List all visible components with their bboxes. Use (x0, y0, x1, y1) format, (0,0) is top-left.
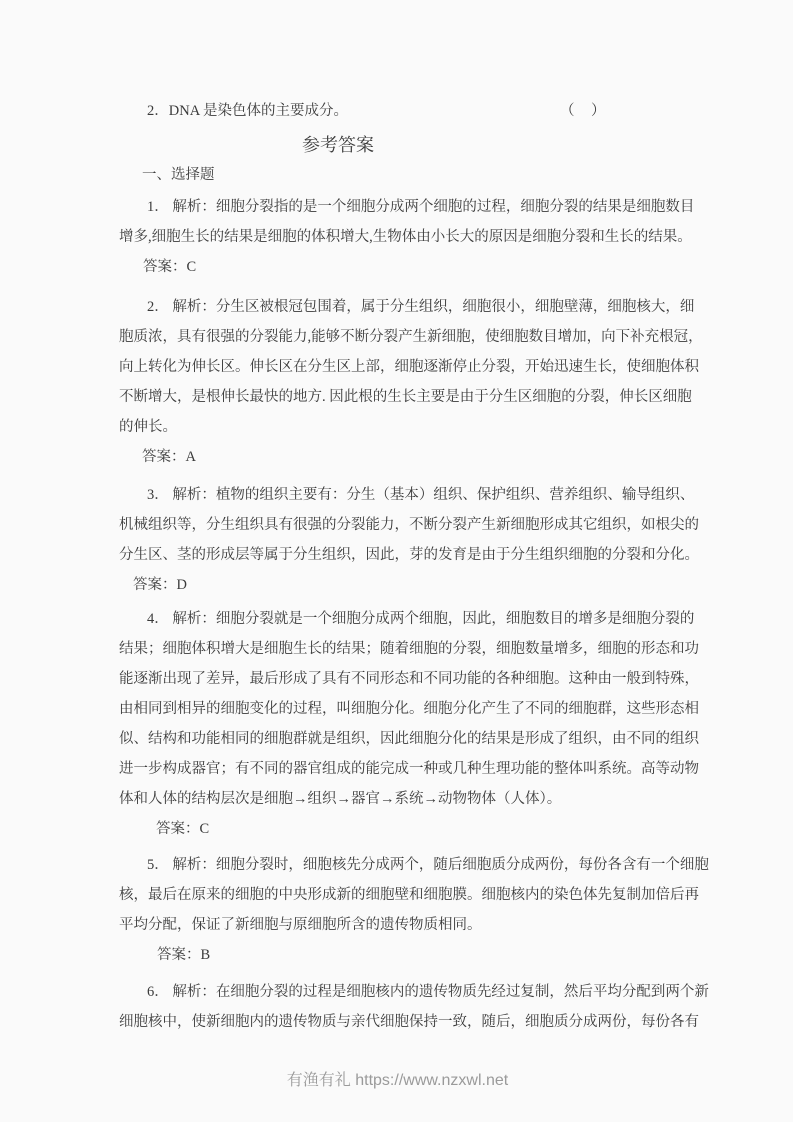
answer-label: 答案： (157, 947, 201, 963)
answer-item: 2． 解析：分生区被根冠包围着，属于分生组织，细胞很小，细胞壁薄，细胞核大，细胞… (119, 292, 676, 472)
analysis-line: 5． 解析：细胞分裂时，细胞核先分成两个，随后细胞质分成两份，每份各含有一个细胞 (119, 850, 676, 880)
section-heading: 一、选择题 (119, 160, 676, 190)
document-page: 2．DNA 是染色体的主要成分。 （ ） 参考答案 一、选择题 1． 解析：细胞… (0, 0, 793, 1122)
question-text: 2．DNA 是染色体的主要成分。 (147, 103, 348, 119)
analysis-line: 进一步构成器官；有不同的器官组成的能完成一种或几种生理功能的整体叫系统。高等动物 (119, 754, 676, 784)
answer-line: 答案：C (119, 252, 676, 282)
answer-item: 3． 解析：植物的组织主要有：分生（基本）组织、保护组织、营养组织、输导组织、机… (119, 480, 676, 600)
analysis-line: 4． 解析：细胞分裂就是一个细胞分成两个细胞，因此，细胞数目的增多是细胞分裂的 (119, 604, 676, 634)
analysis-line: 体和人体的结构层次是细胞→组织→器官→系统→动物物体（人体）。 (119, 784, 676, 814)
analysis-line: 不断增大，是根伸长最快的地方. 因此根的生长主要是由于分生区细胞的分裂，伸长区细… (119, 382, 676, 412)
answer-label: 答案： (133, 577, 177, 593)
answer-line: 答案：D (119, 570, 676, 600)
analysis-line: 向上转化为伸长区。伸长区在分生区上部，细胞逐渐停止分裂，开始迅速生长，使细胞体积 (119, 352, 676, 382)
answer-brackets: （ ） (560, 96, 607, 126)
answer-value: A (186, 449, 196, 465)
answer-value: B (201, 947, 211, 963)
answer-value: C (200, 821, 210, 837)
analysis-line: 平均分配，保证了新细胞与原细胞所含的遗传物质相同。 (119, 910, 676, 940)
footer-watermark: 有渔有礼 https://www.nzxwl.net (119, 1066, 676, 1096)
analysis-line: 核，最后在原来的细胞的中央形成新的细胞壁和细胞膜。细胞核内的染色体先复制加倍后再 (119, 880, 676, 910)
answer-label: 答案： (142, 449, 186, 465)
answer-line: 答案：C (119, 814, 676, 844)
analysis-line: 由相同到相异的细胞变化的过程，叫细胞分化。细胞分化产生了不同的细胞群，这些形态相 (119, 694, 676, 724)
answer-value: D (177, 577, 187, 593)
analysis-line: 3． 解析：植物的组织主要有：分生（基本）组织、保护组织、营养组织、输导组织、 (119, 480, 676, 510)
analysis-line: 分生区、茎的形成层等属于分生组织，因此，芽的发育是由于分生组织细胞的分裂和分化。 (119, 540, 676, 570)
analysis-line: 1． 解析：细胞分裂指的是一个细胞分成两个细胞的过程，细胞分裂的结果是细胞数目 (119, 192, 676, 222)
answer-item: 4． 解析：细胞分裂就是一个细胞分成两个细胞，因此，细胞数目的增多是细胞分裂的结… (119, 604, 676, 844)
document-content: 2．DNA 是染色体的主要成分。 （ ） 参考答案 一、选择题 1． 解析：细胞… (119, 0, 676, 1096)
analysis-line: 的伸长。 (119, 412, 676, 442)
answer-value: C (187, 259, 197, 275)
answer-line: 答案：B (119, 940, 676, 970)
analysis-line: 结果；细胞体积增大是细胞生长的结果；随着细胞的分裂，细胞数量增多，细胞的形态和功 (119, 634, 676, 664)
answer-item: 1． 解析：细胞分裂指的是一个细胞分成两个细胞的过程，细胞分裂的结果是细胞数目增… (119, 192, 676, 282)
analysis-line: 似、结构和功能相同的细胞群就是组织，因此细胞分化的结果是形成了组织，由不同的组织 (119, 724, 676, 754)
analysis-line: 胞质浓，具有很强的分裂能力,能够不断分裂产生新细胞，使细胞数目增加，向下补充根冠… (119, 322, 676, 352)
analysis-line: 能逐渐出现了差异，最后形成了具有不同形态和不同功能的各种细胞。这种由一般到特殊， (119, 664, 676, 694)
analysis-line: 6． 解析：在细胞分裂的过程是细胞核内的遗传物质先经过复制，然后平均分配到两个新 (119, 977, 676, 1007)
answer-label: 答案： (143, 259, 187, 275)
analysis-line: 2． 解析：分生区被根冠包围着，属于分生组织，细胞很小，细胞壁薄，细胞核大，细 (119, 292, 676, 322)
question-line: 2．DNA 是染色体的主要成分。 （ ） (119, 96, 676, 126)
analysis-line: 机械组织等，分生组织具有很强的分裂能力，不断分裂产生新细胞形成其它组织，如根尖的 (119, 510, 676, 540)
analysis-line: 细胞核中，使新细胞内的遗传物质与亲代细胞保持一致，随后，细胞质分成两份，每份各有 (119, 1007, 676, 1037)
answer-label: 答案： (156, 821, 200, 837)
page-title: 参考答案 (119, 130, 676, 160)
answer-item: 5． 解析：细胞分裂时，细胞核先分成两个，随后细胞质分成两份，每份各含有一个细胞… (119, 850, 676, 970)
answer-items: 1． 解析：细胞分裂指的是一个细胞分成两个细胞的过程，细胞分裂的结果是细胞数目增… (119, 192, 676, 1037)
answer-item: 6． 解析：在细胞分裂的过程是细胞核内的遗传物质先经过复制，然后平均分配到两个新… (119, 977, 676, 1037)
analysis-line: 增多,细胞生长的结果是细胞的体积增大,生物体由小长大的原因是细胞分裂和生长的结果… (119, 222, 676, 252)
answer-line: 答案：A (119, 442, 676, 472)
